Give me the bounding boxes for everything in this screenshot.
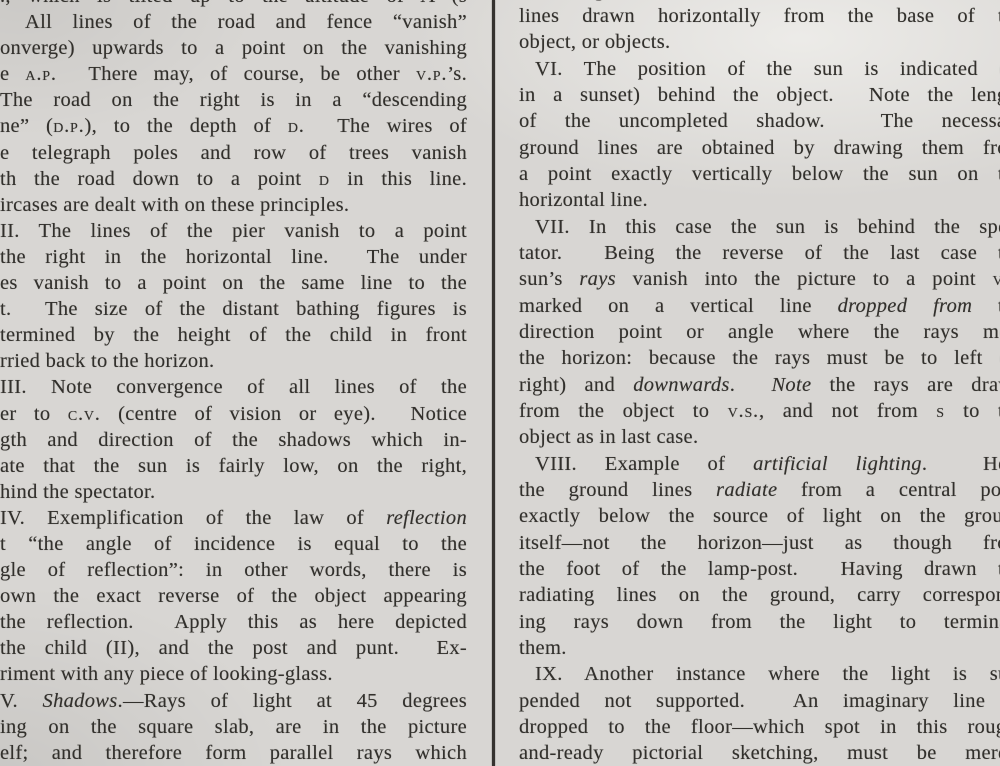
- text-line: tator. Being the reverse of the last cas…: [519, 240, 1000, 266]
- text-line: in a sunset) behind the object. Note the…: [519, 82, 1000, 108]
- text-segment: ., which is tilted up to the altitude of…: [0, 0, 467, 7]
- small-caps-text: s: [936, 400, 945, 422]
- text-line: onverge) upwards to a point on the vanis…: [0, 35, 467, 61]
- text-line: gth and direction of the shadows which i…: [0, 427, 467, 453]
- text-segment: horizontal line.: [519, 189, 648, 211]
- text-line: itself—not the horizon—just as though fr…: [519, 530, 1000, 556]
- text-segment: gle of reflection”: in other words, ther…: [0, 559, 467, 581]
- text-segment: itself—not the horizon—just as though fr…: [519, 532, 1000, 554]
- text-segment: onverge) upwards to a point on the vanis…: [0, 37, 467, 59]
- text-segment: III. Note convergence of all lines of th…: [0, 376, 467, 398]
- text-line: IX. Another instance where the light is …: [519, 661, 1000, 687]
- text-line: radiating lines on the ground, carry cor…: [519, 582, 1000, 608]
- text-segment: ate that the sun is fairly low, on the r…: [0, 455, 467, 477]
- text-line: the child (II), and the post and punt. E…: [0, 635, 467, 661]
- text-segment: termined by the height of the child in f…: [0, 324, 467, 346]
- italic-text: rays: [579, 268, 616, 290]
- text-line: ircases are dealt with on these principl…: [0, 192, 467, 218]
- text-line: rried back to the horizon.: [0, 348, 467, 374]
- text-line: from the object to v.s., and not from s …: [519, 398, 1000, 424]
- text-segment: object, or objects.: [519, 31, 670, 53]
- text-line: ing on the square slab, are in the pictu…: [0, 714, 467, 740]
- right-text-column: the lengths of the shadows are determine…: [519, 0, 1000, 766]
- text-segment: in a sunset) behind the object. Note the…: [519, 84, 1000, 106]
- text-line: All lines of the road and fence “vanish”: [0, 9, 467, 35]
- text-segment: own the exact reverse of the object appe…: [0, 585, 467, 607]
- text-line: riment with any piece of looking-glass.: [0, 661, 467, 687]
- text-line: horizontal line.: [519, 187, 1000, 213]
- text-line: e telegraph poles and row of trees vanis…: [0, 140, 467, 166]
- text-segment: VI. The position of the sun is indicated…: [535, 58, 1000, 80]
- text-line: own the exact reverse of the object appe…: [0, 583, 467, 609]
- italic-text: radiate: [716, 479, 777, 501]
- text-line: ne” (d.p.), to the depth of d. The wires…: [0, 113, 467, 139]
- text-line: IV. Exemplification of the law of reflec…: [0, 505, 467, 531]
- text-segment: the rays are drawn: [811, 374, 1000, 396]
- text-segment: er to: [0, 403, 68, 425]
- text-line: II. The lines of the pier vanish to a po…: [0, 218, 467, 244]
- text-segment: ), to the depth of: [85, 115, 288, 137]
- text-segment: . Here: [922, 453, 1000, 475]
- text-line: ., which is tilted up to the altitude of…: [0, 0, 467, 9]
- text-line: V. Shadows.—Rays of light at 45 degrees: [0, 688, 467, 714]
- text-line: elf; and therefore form parallel rays wh…: [0, 740, 467, 766]
- text-segment: ne” (: [0, 115, 53, 137]
- text-segment: radiating lines on the ground, carry cor…: [519, 584, 1000, 606]
- text-line: hind the spectator.: [0, 479, 467, 505]
- text-segment: ’s.: [447, 63, 467, 85]
- text-segment: gth and direction of the shadows which i…: [0, 429, 467, 451]
- italic-text: downwards: [633, 374, 730, 396]
- left-text-column: ., which is tilted up to the altitude of…: [0, 0, 467, 766]
- text-line: ground lines are obtained by drawing the…: [519, 135, 1000, 161]
- text-line: t. The size of the distant bathing figur…: [0, 296, 467, 322]
- text-line: a point exactly vertically below the sun…: [519, 161, 1000, 187]
- text-segment: the child (II), and the post and punt. E…: [0, 637, 467, 659]
- text-segment: pended not supported. An imaginary line …: [519, 690, 1000, 712]
- column-divider-rule: [492, 0, 495, 766]
- text-segment: e telegraph poles and row of trees vanis…: [0, 142, 467, 164]
- text-segment: them.: [519, 637, 567, 659]
- text-segment: (centre of vision or eye). Notice: [101, 403, 467, 425]
- text-line: the ground lines radiate from a central …: [519, 477, 1000, 503]
- italic-text: artificial lighting: [753, 453, 922, 475]
- text-line: VII. In this case the sun is behind the …: [519, 214, 1000, 240]
- text-line: the horizon: because the rays must be to…: [519, 345, 1000, 371]
- text-segment: vanish into the picture to a point: [616, 268, 993, 290]
- text-segment: t “the angle of incidence is equal to th…: [0, 533, 467, 555]
- text-segment: VII. In this case the sun is behind the …: [535, 216, 1000, 238]
- text-segment: t. The size of the distant bathing figur…: [0, 298, 467, 320]
- text-line: the foot of the lamp-post. Having drawn …: [519, 556, 1000, 582]
- text-segment: riment with any piece of looking-glass.: [0, 663, 333, 685]
- small-caps-text: v.p.: [416, 63, 447, 85]
- text-segment: The road on the right is in a “descendin…: [0, 89, 467, 111]
- text-line: them.: [519, 635, 1000, 661]
- text-segment: VIII. Example of: [535, 453, 753, 475]
- text-line: sun’s rays vanish into the picture to a …: [519, 266, 1000, 292]
- text-segment: II. The lines of the pier vanish to a po…: [0, 220, 467, 242]
- text-segment: All lines of the road and fence “vanish”: [25, 11, 467, 33]
- text-segment: right) and: [519, 374, 633, 396]
- text-segment: exactly below the source of light on the…: [519, 505, 1000, 527]
- text-segment: . The wires of: [299, 115, 467, 137]
- text-line: marked on a vertical line dropped from t…: [519, 293, 1000, 319]
- text-line: of the uncompleted shadow. The necessary: [519, 108, 1000, 134]
- text-line: VI. The position of the sun is indicated…: [519, 56, 1000, 82]
- text-segment: the lengths of the shadows are determine…: [519, 0, 1000, 1]
- text-segment: from the object to: [519, 400, 728, 422]
- text-line: III. Note convergence of all lines of th…: [0, 374, 467, 400]
- text-segment: ircases are dealt with on these principl…: [0, 194, 349, 216]
- text-segment: of the uncompleted shadow. The necessary: [519, 110, 1000, 132]
- text-segment: direction point or angle where the rays …: [519, 321, 1000, 343]
- text-segment: in this line.: [330, 168, 467, 190]
- text-segment: V.: [0, 690, 43, 712]
- text-line: e a.p. There may, of course, be other v.…: [0, 61, 467, 87]
- text-segment: the: [972, 295, 1000, 317]
- text-line: and-ready pictorial sketching, must be m…: [519, 740, 1000, 766]
- text-line: th the road down to a point d in this li…: [0, 166, 467, 192]
- text-segment: from a central point: [777, 479, 1000, 501]
- text-segment: hind the spectator.: [0, 481, 155, 503]
- text-segment: elf; and therefore form parallel rays wh…: [0, 742, 467, 764]
- text-segment: the right in the horizontal line. The un…: [0, 246, 467, 268]
- text-line: es vanish to a point on the same line to…: [0, 270, 467, 296]
- text-segment: the reflection. Apply this as here depic…: [0, 611, 467, 633]
- text-segment: the foot of the lamp-post. Having drawn …: [519, 558, 1000, 580]
- italic-text: dropped from: [838, 295, 973, 317]
- text-line: direction point or angle where the rays …: [519, 319, 1000, 345]
- text-line: ate that the sun is fairly low, on the r…: [0, 453, 467, 479]
- text-line: pended not supported. An imaginary line …: [519, 688, 1000, 714]
- text-segment: the ground lines: [519, 479, 716, 501]
- small-caps-text: d: [319, 168, 330, 190]
- text-line: termined by the height of the child in f…: [0, 322, 467, 348]
- small-caps-text: d.p.: [53, 115, 84, 137]
- italic-text: Shadows: [43, 690, 118, 712]
- text-line: lines drawn horizontally from the base o…: [519, 3, 1000, 29]
- book-page-scan: ., which is tilted up to the altitude of…: [0, 0, 1000, 766]
- small-caps-text: c.v.: [68, 403, 101, 425]
- text-line: exactly below the source of light on the…: [519, 503, 1000, 529]
- text-line: object, or objects.: [519, 29, 1000, 55]
- text-segment: IV. Exemplification of the law of: [0, 507, 386, 529]
- text-segment: .: [730, 374, 772, 396]
- text-segment: lines drawn horizontally from the base o…: [519, 5, 1000, 27]
- text-segment: ground lines are obtained by drawing the…: [519, 137, 1000, 159]
- text-line: gle of reflection”: in other words, ther…: [0, 557, 467, 583]
- text-segment: es vanish to a point on the same line to…: [0, 272, 467, 294]
- text-segment: IX. Another instance where the light is …: [535, 663, 1000, 685]
- small-caps-text: v.s.: [728, 400, 759, 422]
- text-line: t “the angle of incidence is equal to th…: [0, 531, 467, 557]
- text-segment: , and not from: [759, 400, 936, 422]
- text-line: object as in last case.: [519, 424, 1000, 450]
- italic-text: reflection: [386, 507, 467, 529]
- text-segment: sun’s: [519, 268, 579, 290]
- text-segment: th the road down to a point: [0, 168, 319, 190]
- text-line: right) and downwards. Note the rays are …: [519, 372, 1000, 398]
- small-caps-text: v.s.: [993, 268, 1000, 290]
- text-segment: the horizon: because the rays must be to…: [519, 347, 1000, 369]
- text-line: dropped to the floor—which spot in this …: [519, 714, 1000, 740]
- text-segment: to the: [945, 400, 1000, 422]
- text-line: the reflection. Apply this as here depic…: [0, 609, 467, 635]
- text-segment: .—Rays of light at 45 degrees: [118, 690, 467, 712]
- text-line: the right in the horizontal line. The un…: [0, 244, 467, 270]
- text-segment: a point exactly vertically below the sun…: [519, 163, 1000, 185]
- text-segment: There may, of course, be other: [57, 63, 416, 85]
- text-line: er to c.v. (centre of vision or eye). No…: [0, 401, 467, 427]
- text-segment: and-ready pictorial sketching, must be m…: [519, 742, 1000, 764]
- text-line: VIII. Example of artificial lighting. He…: [519, 451, 1000, 477]
- italic-text: Note: [771, 374, 811, 396]
- text-segment: e: [0, 63, 25, 85]
- text-segment: rried back to the horizon.: [0, 350, 214, 372]
- text-segment: marked on a vertical line: [519, 295, 838, 317]
- text-line: ing rays down from the light to terminat…: [519, 609, 1000, 635]
- text-line: The road on the right is in a “descendin…: [0, 87, 467, 113]
- small-caps-text: d: [288, 115, 299, 137]
- text-segment: tator. Being the reverse of the last cas…: [519, 242, 1000, 264]
- text-segment: ing on the square slab, are in the pictu…: [0, 716, 467, 738]
- text-segment: ing rays down from the light to terminat…: [519, 611, 1000, 633]
- small-caps-text: a.p.: [25, 63, 56, 85]
- text-segment: dropped to the floor—which spot in this …: [519, 716, 1000, 738]
- text-segment: object as in last case.: [519, 426, 698, 448]
